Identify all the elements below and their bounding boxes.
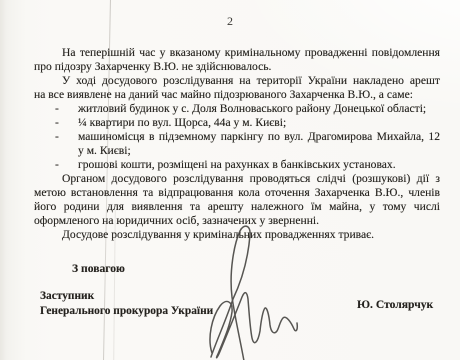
list-dash-marker: - — [55, 130, 59, 144]
paragraph-line: Органом досудового розслідування проводя… — [34, 172, 440, 186]
paragraph-line: про підозру Захарченку В.Ю. не здійснюва… — [34, 60, 440, 74]
list-item: -машиномісця в підземному паркінгу по ву… — [34, 130, 440, 144]
paragraph-line: метою встановлення та відпрацювання кола… — [34, 186, 440, 200]
list-item: -житловий будинок у с. Доля Волноваськог… — [34, 102, 440, 116]
list-dash-marker: - — [55, 116, 59, 130]
list-item: -грошові кошти, розміщені на рахунках в … — [34, 158, 440, 172]
list-item-continuation: у м. Києві; — [34, 144, 440, 158]
paragraph-line: його родини для виявлення та арешту нале… — [34, 200, 440, 214]
paragraph-line: Досудове розслідування у кримінальних пр… — [34, 228, 440, 242]
closing-salutation: З повагою — [72, 262, 125, 275]
document-body: На теперішній час у вказаному кримінальн… — [34, 46, 440, 242]
signer-title-line1: Заступник — [40, 289, 213, 304]
scanned-document-page: 2 На теперішній час у вказаному кримінал… — [0, 0, 460, 360]
signer-title: Заступник Генерального прокурора України — [40, 289, 213, 319]
signer-name: Ю. Столярчук — [357, 298, 433, 311]
signer-title-line2: Генерального прокурора України — [40, 304, 213, 319]
list-item: -¼ квартири по вул. Щорса, 44а у м. Києв… — [34, 116, 440, 130]
paragraph-line: У ході досудового розслідування на терит… — [34, 74, 440, 88]
paragraph-line: на все виявлене на даний час майно підоз… — [34, 88, 440, 102]
page-number: 2 — [0, 14, 460, 29]
paragraph-line: оформленого на юридичних осіб, зазначени… — [34, 214, 440, 228]
list-dash-marker: - — [55, 102, 59, 116]
list-dash-marker: - — [55, 158, 59, 172]
paragraph-line: На теперішній час у вказаному кримінальн… — [34, 46, 440, 60]
